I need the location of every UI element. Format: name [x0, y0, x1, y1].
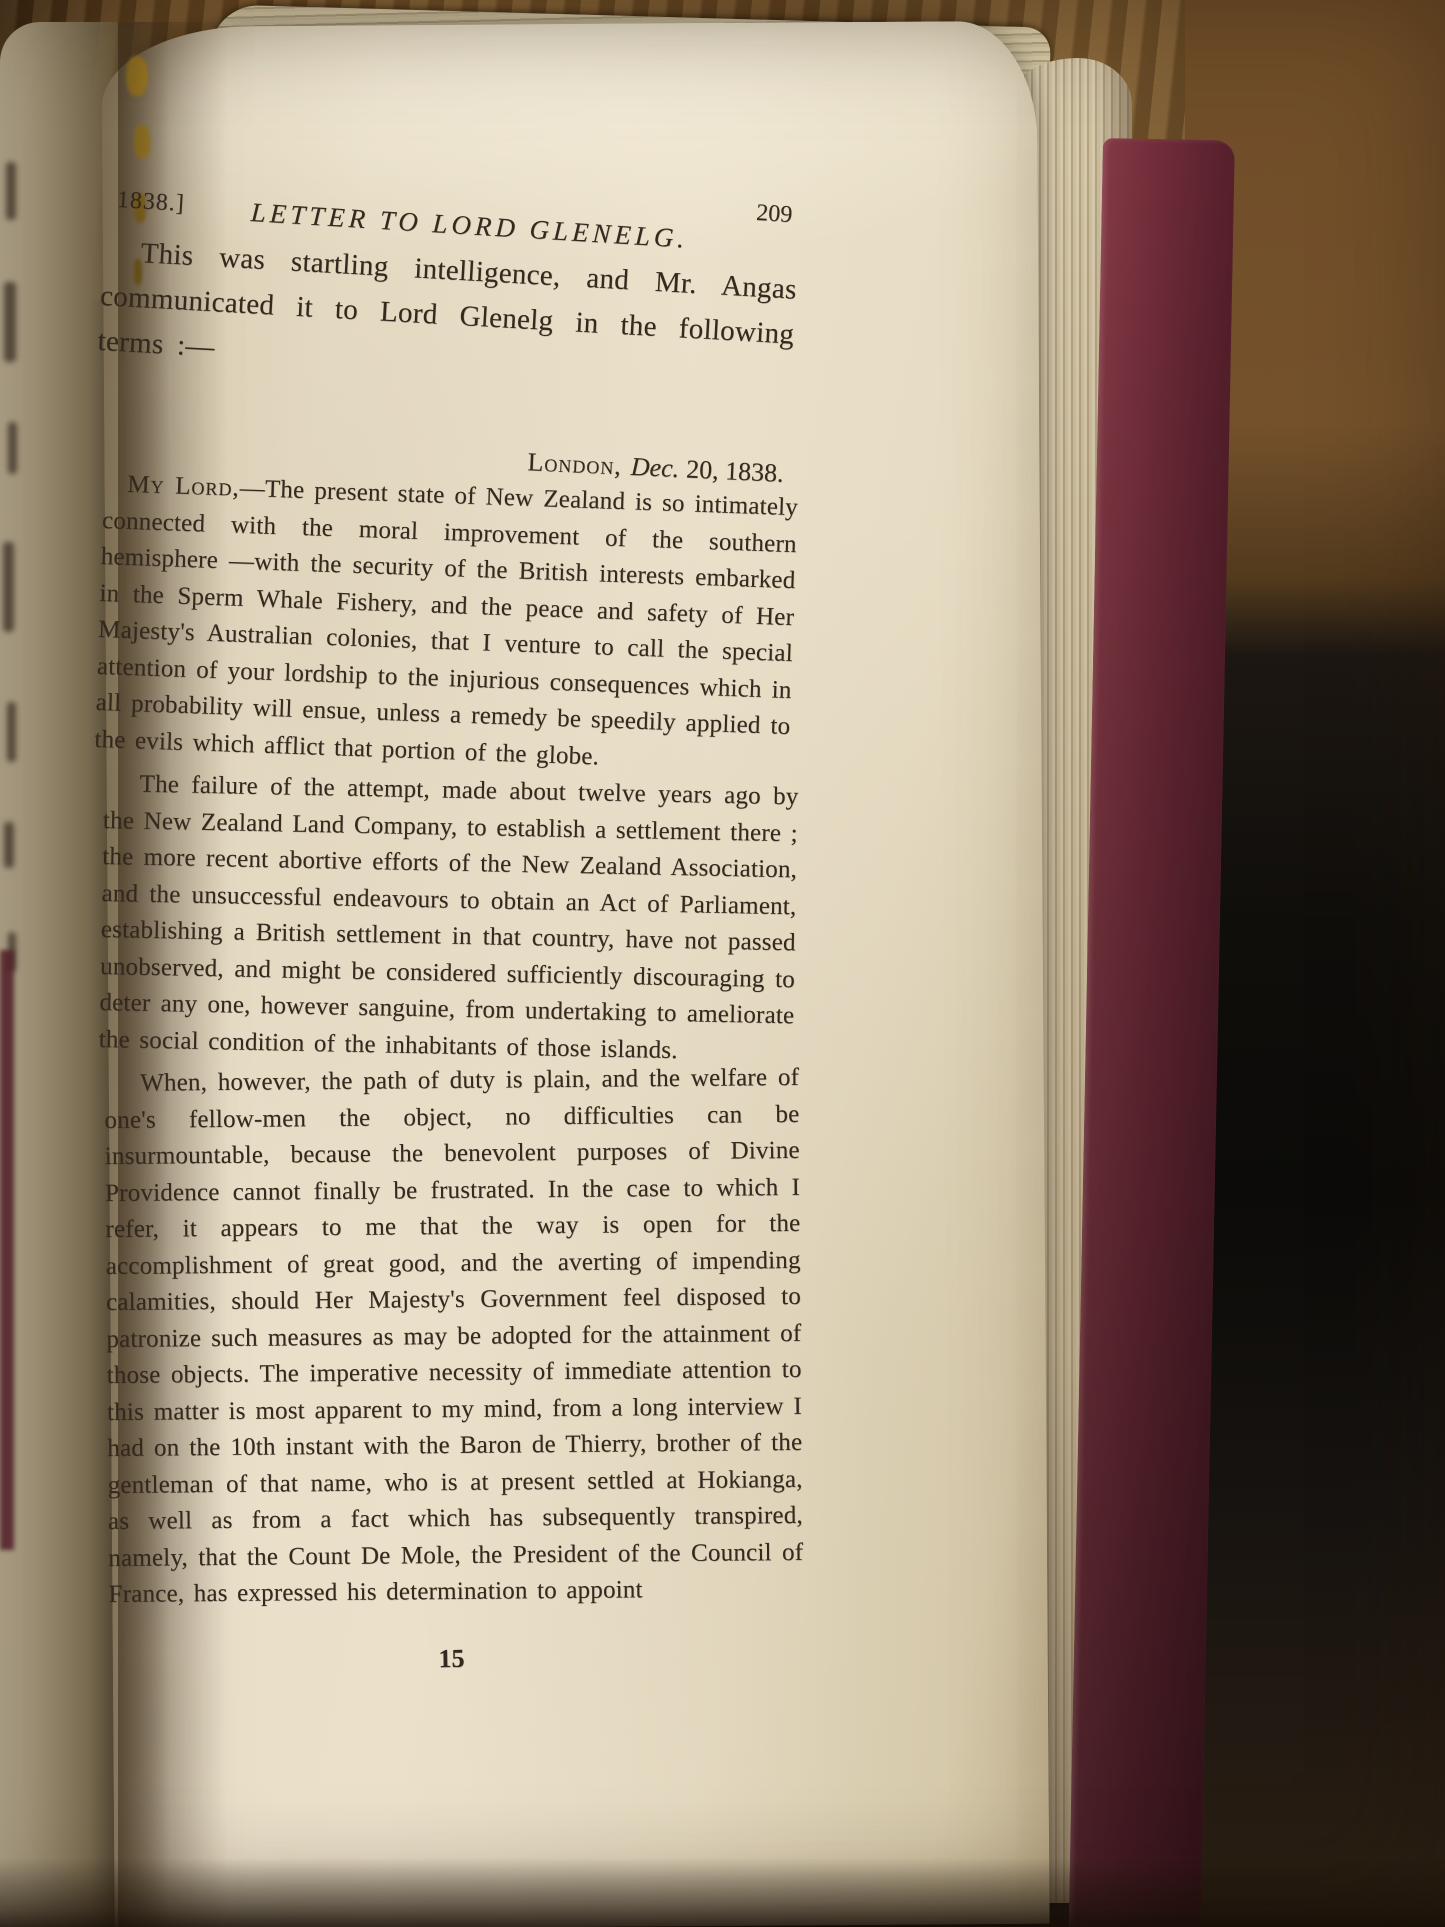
- spine-gilt-edge: [126, 56, 148, 96]
- left-cover-sliver: [0, 950, 14, 1550]
- dateline-month: Dec.: [630, 452, 680, 483]
- letter-paragraph-3: When, however, the path of duty is plain…: [104, 1060, 804, 1614]
- letter-paragraph-2: The failure of the attempt, made about t…: [98, 766, 798, 1071]
- paragraph-1-text: —The present state of New Zealand is so …: [94, 475, 798, 770]
- dateline-date: 20, 1838.: [686, 454, 785, 487]
- letter-paragraph-1: My Lord,—The present state of New Zealan…: [94, 466, 799, 782]
- intro-paragraph: This was startling intelligence, and Mr.…: [96, 229, 797, 403]
- page-number: 209: [755, 200, 793, 229]
- header-year: 1838.]: [116, 187, 186, 218]
- printer-signature-mark: 15: [104, 1637, 799, 1679]
- dateline-place: London,: [527, 447, 623, 480]
- salutation: My Lord,: [127, 471, 240, 502]
- printed-text-block: 1838.] LETTER TO LORD GLENELG. 209 This …: [104, 182, 799, 1674]
- photo-of-open-book: { "book_page": { "header": { "year": "18…: [0, 0, 1445, 1927]
